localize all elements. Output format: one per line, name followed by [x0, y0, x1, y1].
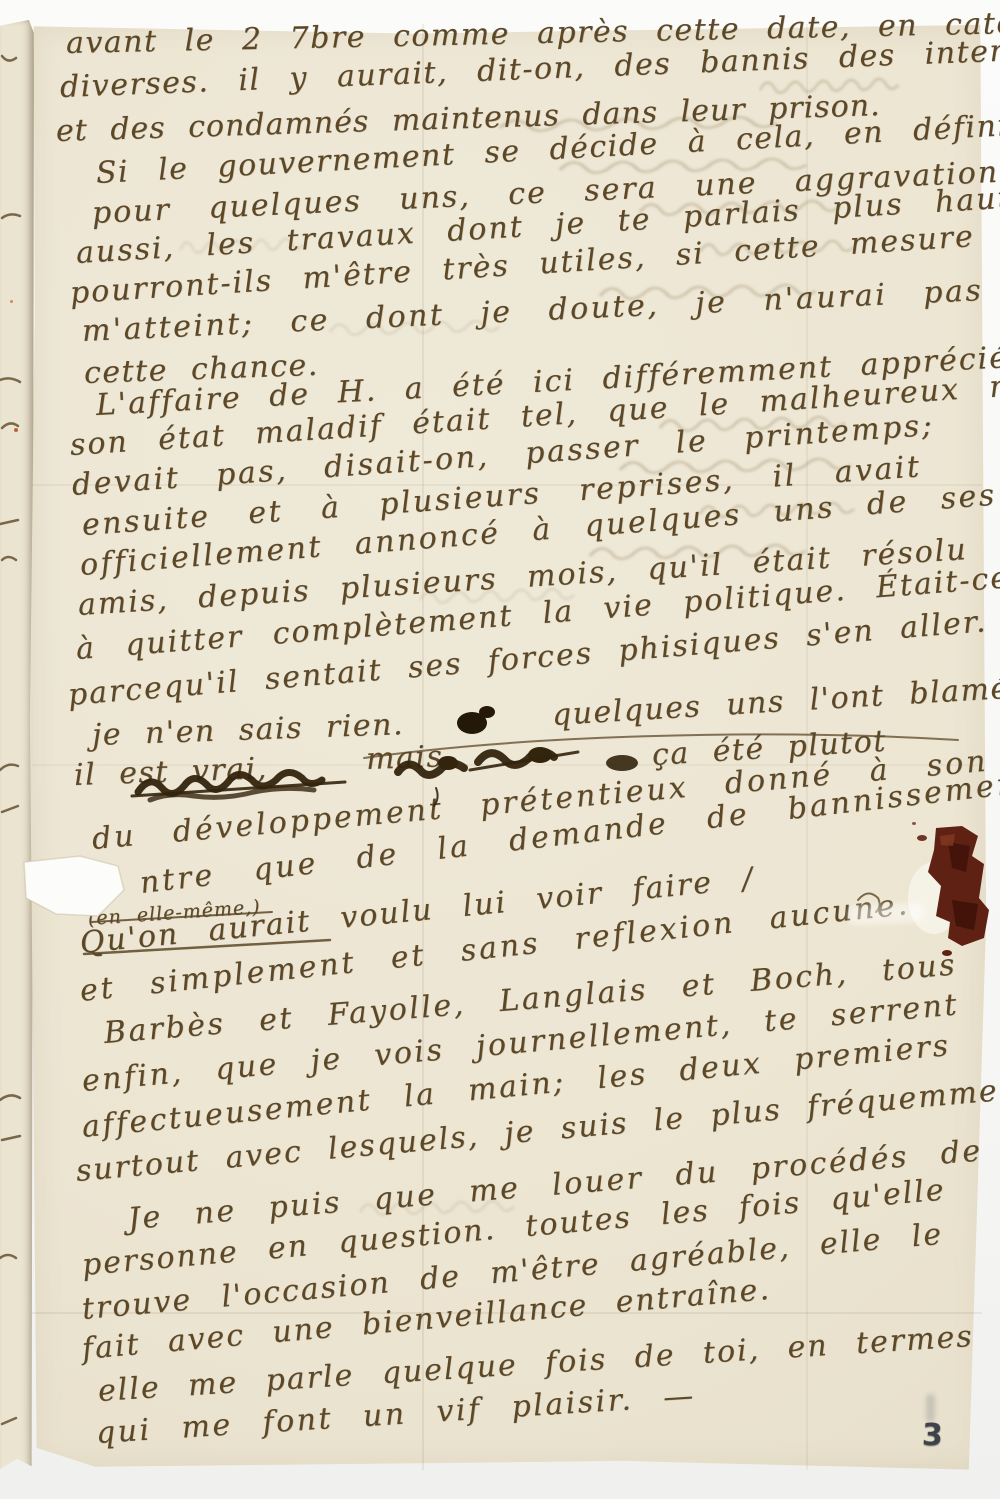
ink-speck: [10, 300, 13, 303]
page-number-stamp: 3: [921, 1418, 943, 1454]
paper-abrasion: [848, 902, 925, 926]
photo-of-letter: { "paper": { "color": "#ece5d2", "ink_co…: [0, 0, 1000, 1499]
handwriting-line: mais: [365, 739, 444, 777]
ink-speck: [912, 822, 916, 825]
ink-speck: [14, 428, 18, 432]
handwriting-line: il est vrai,: [73, 751, 268, 793]
adjacent-page-edge: [0, 20, 34, 1472]
